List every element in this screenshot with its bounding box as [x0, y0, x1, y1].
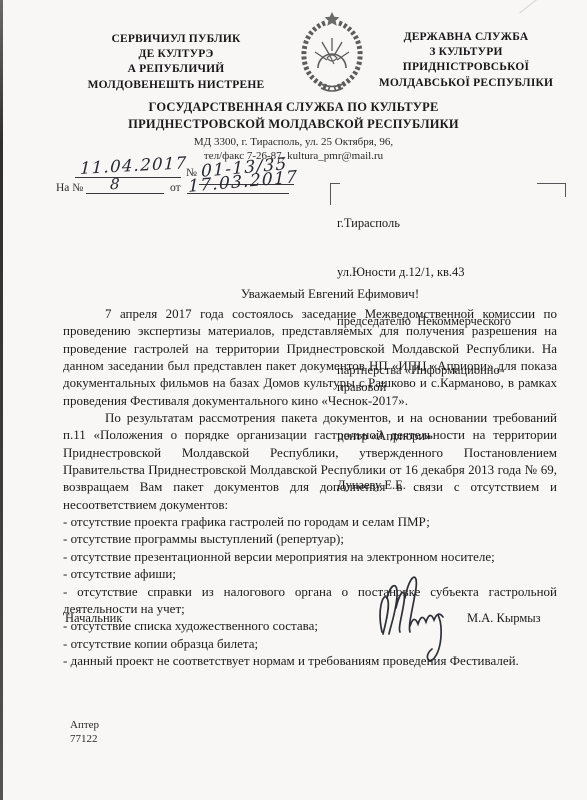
signatory-position: Начальник [65, 611, 122, 626]
reply-to-label: На № [56, 182, 83, 194]
deficiency-item: - данный проект не соответствует нормам … [63, 652, 557, 669]
handwritten-signature-icon [372, 568, 458, 668]
from-label: от [170, 182, 181, 194]
deficiency-item: - отсутствие презентационной версии меро… [63, 548, 557, 565]
executor-phone: 77122 [70, 733, 99, 747]
letterhead-right-ukrainian: ДЕРЖАВНА СЛУЖБА З КУЛЬТУРИ ПРИДНІСТРОВСЬ… [368, 30, 564, 91]
deficiency-item: - отсутствие проекта графика гастролей п… [63, 513, 557, 530]
reply-number-underline [86, 192, 164, 194]
scan-crease-artifact [519, 0, 546, 13]
body-paragraph-2: По результатам рассмотрения пакета докум… [63, 409, 557, 513]
letterhead-right-line: ПРИДНІСТРОВСЬКОЇ [368, 60, 564, 75]
signatory-name: М.А. Кырмыз [467, 611, 541, 626]
body-paragraph-1: 7 апреля 2017 года состоялось заседание … [63, 305, 557, 409]
executor-name: Аптер [70, 719, 99, 733]
letterhead-left-line: СЕРВИЧИУЛ ПУБЛИК [62, 32, 290, 47]
letterhead-left-moldovan: СЕРВИЧИУЛ ПУБЛИК ДЕ КУЛТУРЭ А РЕПУБЛИЧИЙ… [62, 32, 290, 93]
deficiency-item: - отсутствие афиши; [63, 565, 557, 582]
address-line: МД 3300, г. Тирасполь, ул. 25 Октября, 9… [0, 135, 587, 149]
letterhead-right-line: З КУЛЬТУРИ [368, 45, 564, 60]
letterhead-left-line: А РЕПУБЛИЧИЙ [62, 62, 290, 77]
letterhead-right-line: МОЛДАВСЬКОЇ РЕСПУБЛІКИ [368, 76, 564, 91]
executor-block: Аптер 77122 [70, 719, 99, 746]
salutation: Уважаемый Евгений Ефимович! [63, 286, 557, 302]
recipient-city: г.Тирасполь [337, 215, 552, 231]
deficiency-item: - отсутствие копии образца билета; [63, 635, 557, 652]
handwritten-reply-number: 8 [110, 175, 121, 193]
deficiency-item: - отсутствие программы выступлений (репе… [63, 530, 557, 547]
letterhead-left-line: МОЛДОВЕНЕШТЬ НИСТРЕНЕ [62, 78, 290, 93]
scanned-letter-page: СЕРВИЧИУЛ ПУБЛИК ДЕ КУЛТУРЭ А РЕПУБЛИЧИЙ… [0, 0, 587, 800]
letterhead-right-line: ДЕРЖАВНА СЛУЖБА [368, 30, 564, 45]
pmr-coat-of-arms-icon [296, 10, 368, 96]
organization-name: ГОСУДАРСТВЕННАЯ СЛУЖБА ПО КУЛЬТУРЕ ПРИДН… [0, 99, 587, 133]
organization-name-line: ГОСУДАРСТВЕННАЯ СЛУЖБА ПО КУЛЬТУРЕ [0, 99, 587, 116]
recipient-street: ул.Юности д.12/1, кв.43 [337, 264, 552, 280]
letterhead-left-line: ДЕ КУЛТУРЭ [62, 47, 290, 62]
organization-name-line: ПРИДНЕСТРОВСКОЙ МОЛДАВСКОЙ РЕСПУБЛИКИ [0, 116, 587, 133]
